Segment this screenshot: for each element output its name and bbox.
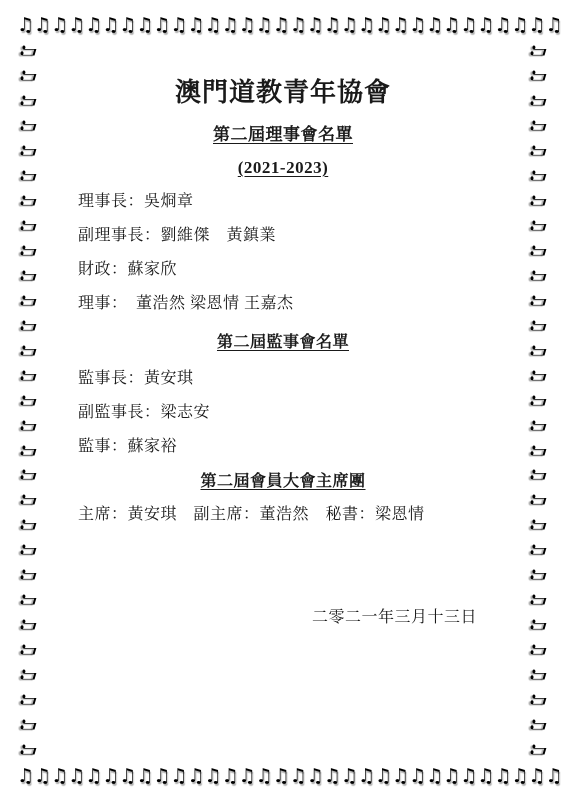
music-note-icon: ♫ (68, 765, 85, 787)
music-note-icon: ♫ (526, 163, 551, 187)
document-page: ♫♫♫♫♫♫♫♫♫♫♫♫♫♫♫♫♫♫♫♫♫♫♫♫♫♫♫♫♫♫♫♫♫♫ ♫♫♫♫♫… (0, 0, 566, 800)
music-note-icon: ♫ (16, 188, 41, 212)
music-note-icon: ♫ (16, 463, 41, 487)
music-note-icon: ♫ (68, 14, 85, 36)
music-note-icon: ♫ (426, 14, 443, 36)
music-note-icon: ♫ (526, 638, 551, 662)
music-note-icon: ♫ (16, 638, 41, 662)
music-note-icon: ♫ (16, 288, 41, 312)
music-note-icon: ♫ (34, 765, 51, 787)
music-note-icon: ♫ (526, 738, 551, 762)
music-note-icon: ♫ (526, 338, 551, 362)
music-note-icon: ♫ (16, 63, 41, 87)
line-board-vice-chairmen: 副理事長：劉維傑 黃鎮業 (78, 226, 521, 246)
music-note-icon: ♫ (526, 613, 551, 637)
document-title: 澳門道教青年協會 (45, 76, 521, 109)
document-content: 澳門道教青年協會 第二屆理事會名單 (2021-2023) 理事長：吳烱章 副理… (45, 40, 521, 760)
music-note-icon: ♫ (526, 438, 551, 462)
border-top-music-notes: ♫♫♫♫♫♫♫♫♫♫♫♫♫♫♫♫♫♫♫♫♫♫♫♫♫♫♫♫♫♫♫♫♫♫ (17, 14, 549, 36)
music-note-icon: ♫ (375, 14, 392, 36)
music-note-icon: ♫ (205, 765, 222, 787)
music-note-icon: ♫ (16, 663, 41, 687)
music-note-icon: ♫ (16, 163, 41, 187)
music-note-icon: ♫ (205, 14, 222, 36)
music-note-icon: ♫ (443, 14, 460, 36)
music-note-icon: ♫ (526, 288, 551, 312)
music-note-icon: ♫ (392, 14, 409, 36)
music-note-icon: ♫ (187, 14, 204, 36)
music-note-icon: ♫ (136, 14, 153, 36)
music-note-icon: ♫ (526, 588, 551, 612)
line-board-directors: 理事： 董浩然 梁恩情 王嘉杰 (78, 294, 521, 314)
music-note-icon: ♫ (16, 113, 41, 137)
music-note-icon: ♫ (16, 338, 41, 362)
music-note-icon: ♫ (16, 138, 41, 162)
music-note-icon: ♫ (16, 413, 41, 437)
line-board-chairman: 理事長：吳烱章 (78, 192, 521, 212)
music-note-icon: ♫ (307, 765, 324, 787)
music-note-icon: ♫ (16, 538, 41, 562)
music-note-icon: ♫ (526, 113, 551, 137)
section-heading-supervisory: 第二屆監事會名單 (45, 332, 521, 354)
music-note-icon: ♫ (16, 363, 41, 387)
line-supervisory-deputy: 副監事長：梁志安 (78, 403, 521, 423)
music-note-icon: ♫ (341, 14, 358, 36)
music-note-icon: ♫ (16, 488, 41, 512)
music-note-icon: ♫ (460, 765, 477, 787)
border-left-music-notes: ♫♫♫♫♫♫♫♫♫♫♫♫♫♫♫♫♫♫♫♫♫♫♫♫♫♫♫♫♫ (16, 38, 40, 762)
music-note-icon: ♫ (460, 14, 477, 36)
music-note-icon: ♫ (16, 738, 41, 762)
music-note-icon: ♫ (170, 14, 187, 36)
music-note-icon: ♫ (307, 14, 324, 36)
music-note-icon: ♫ (16, 38, 41, 62)
line-supervisory-member: 監事：蘇家裕 (78, 437, 521, 457)
music-note-icon: ♫ (526, 38, 551, 62)
music-note-icon: ♫ (358, 14, 375, 36)
line-supervisory-chief: 監事長：黃安琪 (78, 369, 521, 389)
music-note-icon: ♫ (477, 14, 494, 36)
music-note-icon: ♫ (426, 765, 443, 787)
music-note-icon: ♫ (273, 14, 290, 36)
music-note-icon: ♫ (85, 765, 102, 787)
music-note-icon: ♫ (526, 688, 551, 712)
music-note-icon: ♫ (526, 713, 551, 737)
music-note-icon: ♫ (526, 463, 551, 487)
music-note-icon: ♫ (563, 765, 566, 787)
border-bottom-music-notes: ♫♫♫♫♫♫♫♫♫♫♫♫♫♫♫♫♫♫♫♫♫♫♫♫♫♫♫♫♫♫♫♫♫♫ (17, 765, 549, 787)
music-note-icon: ♫ (563, 14, 566, 36)
music-note-icon: ♫ (526, 88, 551, 112)
music-note-icon: ♫ (239, 765, 256, 787)
music-note-icon: ♫ (409, 14, 426, 36)
music-note-icon: ♫ (341, 765, 358, 787)
music-note-icon: ♫ (51, 14, 68, 36)
music-note-icon: ♫ (526, 538, 551, 562)
music-note-icon: ♫ (545, 14, 562, 36)
music-note-icon: ♫ (409, 765, 426, 787)
music-note-icon: ♫ (16, 388, 41, 412)
music-note-icon: ♫ (102, 14, 119, 36)
music-note-icon: ♫ (256, 14, 273, 36)
music-note-icon: ♫ (16, 713, 41, 737)
music-note-icon: ♫ (273, 765, 290, 787)
music-note-icon: ♫ (16, 313, 41, 337)
music-note-icon: ♫ (153, 765, 170, 787)
music-note-icon: ♫ (85, 14, 102, 36)
music-note-icon: ♫ (526, 663, 551, 687)
music-note-icon: ♫ (16, 263, 41, 287)
music-note-icon: ♫ (17, 765, 34, 787)
music-note-icon: ♫ (526, 388, 551, 412)
music-note-icon: ♫ (511, 14, 528, 36)
border-right-music-notes: ♫♫♫♫♫♫♫♫♫♫♫♫♫♫♫♫♫♫♫♫♫♫♫♫♫♫♫♫♫ (526, 38, 550, 762)
document-date: 二零二一年三月十三日 (45, 608, 521, 628)
music-note-icon: ♫ (153, 14, 170, 36)
music-note-icon: ♫ (511, 765, 528, 787)
music-note-icon: ♫ (526, 488, 551, 512)
music-note-icon: ♫ (324, 14, 341, 36)
music-note-icon: ♫ (256, 765, 273, 787)
line-board-treasurer: 財政：蘇家欣 (78, 260, 521, 280)
music-note-icon: ♫ (443, 765, 460, 787)
music-note-icon: ♫ (324, 765, 341, 787)
music-note-icon: ♫ (477, 765, 494, 787)
music-note-icon: ♫ (16, 238, 41, 262)
music-note-icon: ♫ (16, 88, 41, 112)
music-note-icon: ♫ (222, 14, 239, 36)
music-note-icon: ♫ (494, 14, 511, 36)
music-note-icon: ♫ (528, 765, 545, 787)
music-note-icon: ♫ (16, 688, 41, 712)
music-note-icon: ♫ (34, 14, 51, 36)
music-note-icon: ♫ (375, 765, 392, 787)
music-note-icon: ♫ (526, 138, 551, 162)
music-note-icon: ♫ (119, 14, 136, 36)
music-note-icon: ♫ (222, 765, 239, 787)
music-note-icon: ♫ (526, 313, 551, 337)
term-years: (2021-2023) (45, 157, 521, 179)
music-note-icon: ♫ (16, 213, 41, 237)
music-note-icon: ♫ (16, 613, 41, 637)
music-note-icon: ♫ (392, 765, 409, 787)
music-note-icon: ♫ (16, 513, 41, 537)
music-note-icon: ♫ (119, 765, 136, 787)
music-note-icon: ♫ (526, 513, 551, 537)
music-note-icon: ♫ (16, 563, 41, 587)
music-note-icon: ♫ (526, 363, 551, 387)
music-note-icon: ♫ (51, 765, 68, 787)
line-assembly-officers: 主席：黃安琪 副主席：董浩然 秘書：梁恩情 (78, 505, 521, 525)
music-note-icon: ♫ (290, 765, 307, 787)
music-note-icon: ♫ (16, 588, 41, 612)
music-note-icon: ♫ (290, 14, 307, 36)
music-note-icon: ♫ (17, 14, 34, 36)
section-heading-assembly: 第二屆會員大會主席團 (45, 471, 521, 493)
music-note-icon: ♫ (545, 765, 562, 787)
music-note-icon: ♫ (526, 213, 551, 237)
music-note-icon: ♫ (526, 63, 551, 87)
music-note-icon: ♫ (526, 238, 551, 262)
music-note-icon: ♫ (526, 563, 551, 587)
music-note-icon: ♫ (526, 413, 551, 437)
music-note-icon: ♫ (102, 765, 119, 787)
section-heading-board: 第二屆理事會名單 (45, 124, 521, 146)
music-note-icon: ♫ (526, 188, 551, 212)
music-note-icon: ♫ (494, 765, 511, 787)
music-note-icon: ♫ (187, 765, 204, 787)
music-note-icon: ♫ (528, 14, 545, 36)
music-note-icon: ♫ (170, 765, 187, 787)
music-note-icon: ♫ (358, 765, 375, 787)
music-note-icon: ♫ (526, 263, 551, 287)
music-note-icon: ♫ (16, 438, 41, 462)
music-note-icon: ♫ (239, 14, 256, 36)
music-note-icon: ♫ (136, 765, 153, 787)
